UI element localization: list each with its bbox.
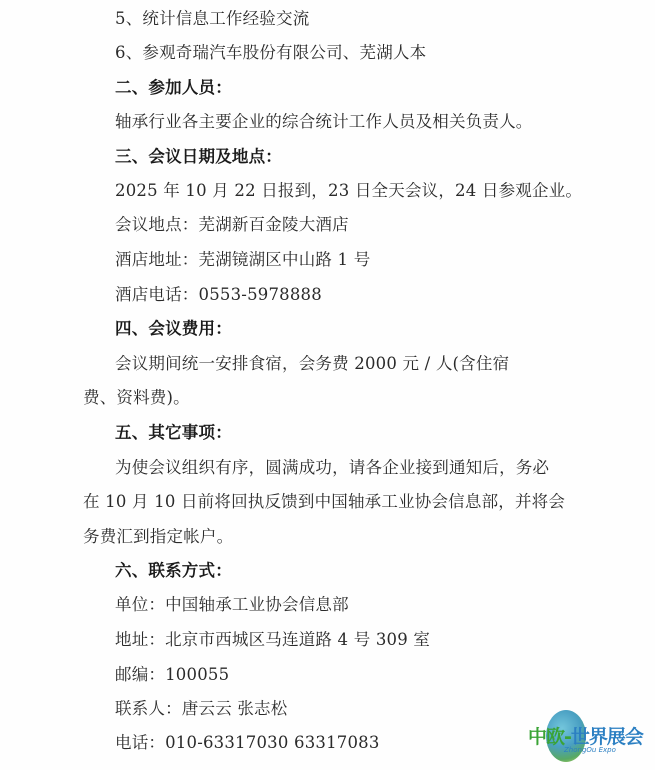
meeting-dates: 2025 年 10 月 22 日报到，23 日全天会议，24 日参观企业。	[115, 179, 582, 203]
document-page: 5、统计信息工作经验交流 6、参观奇瑞汽车股份有限公司、芜湖人本 二、参加人员：…	[0, 0, 655, 770]
meeting-venue: 会议地点：芜湖新百金陵大酒店	[115, 213, 349, 237]
section-heading-fees: 四、会议费用：	[115, 317, 232, 341]
watermark-text-blue: 世界展会	[571, 726, 643, 748]
contact-address: 地址：北京市西城区马连道路 4 号 309 室	[115, 628, 430, 652]
other-text-continued-2: 务费汇到指定帐户。	[83, 525, 233, 549]
contact-postcode: 邮编：100055	[115, 663, 229, 687]
agenda-item-5: 5、统计信息工作经验交流	[115, 7, 309, 31]
hotel-address: 酒店地址：芜湖镜湖区中山路 1 号	[115, 248, 370, 272]
section-heading-participants: 二、参加人员：	[115, 76, 232, 100]
section-heading-date-location: 三、会议日期及地点：	[115, 145, 282, 169]
section-heading-other: 五、其它事项：	[115, 421, 232, 445]
watermark-logo: 中欧-世界展会 ZhongOu Expo	[528, 708, 650, 766]
contact-organization: 单位：中国轴承工业协会信息部	[115, 593, 349, 617]
contact-persons: 联系人：唐云云 张志松	[115, 697, 287, 721]
fees-text-continued: 费、资料费)。	[83, 386, 190, 410]
hotel-phone: 酒店电话：0553-5978888	[115, 283, 322, 307]
participants-text: 轴承行业各主要企业的综合统计工作人员及相关负责人。	[115, 110, 533, 134]
section-heading-contact: 六、联系方式：	[115, 559, 232, 583]
watermark-english-text: ZhongOu Expo	[564, 746, 616, 754]
contact-phone: 电话：010-63317030 63317083	[115, 731, 380, 755]
watermark-text-green: 中欧-	[528, 726, 571, 748]
other-text-continued-1: 在 10 月 10 日前将回执反馈到中国轴承工业协会信息部，并将会	[83, 490, 565, 514]
other-text: 为使会议组织有序，圆满成功，请各企业接到通知后，务必	[115, 456, 549, 480]
agenda-item-6: 6、参观奇瑞汽车股份有限公司、芜湖人本	[115, 41, 426, 65]
watermark-chinese-text: 中欧-世界展会	[528, 722, 643, 749]
fees-text: 会议期间统一安排食宿，会务费 2000 元 / 人(含住宿	[115, 352, 509, 376]
